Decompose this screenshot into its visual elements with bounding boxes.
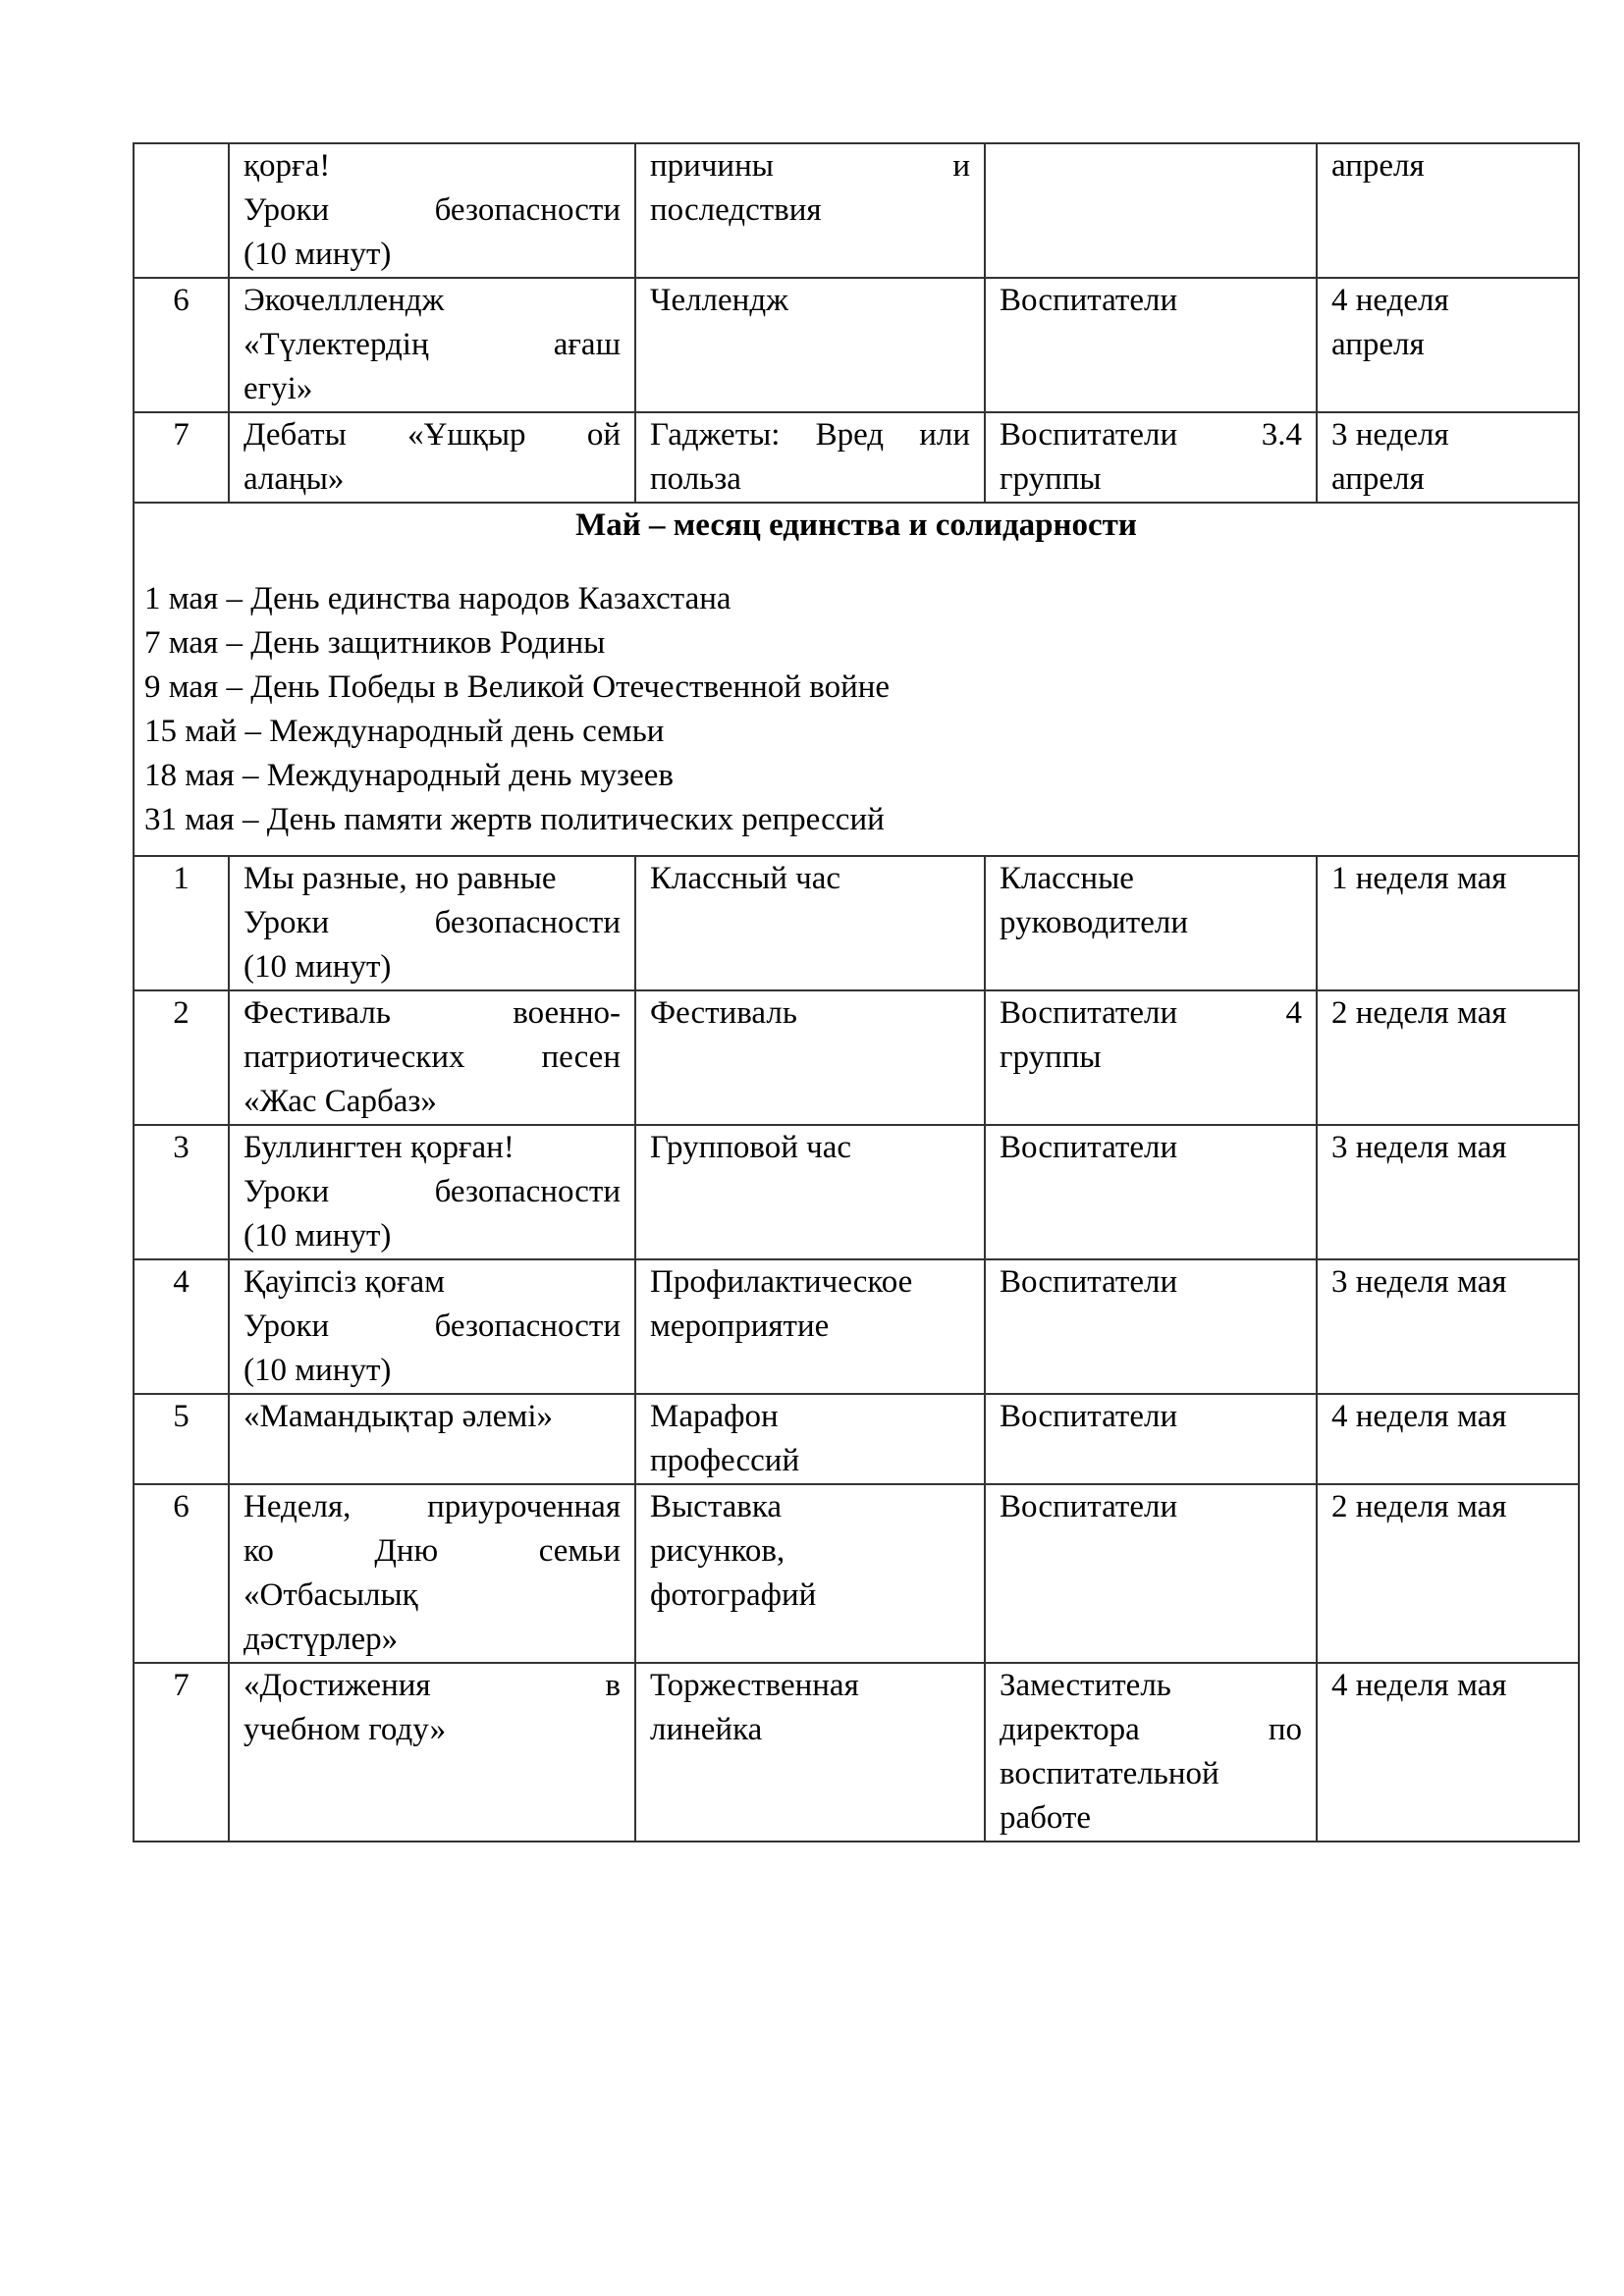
event-name-line: (10 минут) (244, 233, 621, 277)
event-form-line: причины и (650, 144, 970, 188)
event-date-line: 3 неделя мая (1331, 1126, 1564, 1170)
month-date-item: 9 мая – День Победы в Великой Отечествен… (144, 666, 1568, 710)
event-name-line: дәстүрлер» (244, 1618, 621, 1662)
event-form-line: Гаджеты: Вред или (650, 413, 970, 457)
responsible: Воспитатели (985, 1259, 1317, 1394)
event-date: 1 неделя мая (1317, 856, 1579, 990)
row-number: 6 (134, 278, 229, 412)
table-row: 5«Мамандықтар әлемі»МарафонпрофессийВосп… (134, 1394, 1579, 1484)
event-date-line: 2 неделя мая (1331, 991, 1564, 1036)
responsible-line: Воспитатели (1000, 1485, 1302, 1529)
event-date-line: 4 неделя мая (1331, 1664, 1564, 1708)
event-form-line: Профилактическое (650, 1260, 970, 1305)
month-title: Май – месяц единства и солидарности (144, 504, 1568, 548)
table-row: 7Дебаты «Ұшқыр ойалаңы»Гаджеты: Вред или… (134, 412, 1579, 503)
responsible: Заместительдиректора повоспитательнойраб… (985, 1663, 1317, 1842)
month-header-row: Май – месяц единства и солидарности 1 ма… (134, 503, 1579, 856)
month-date-item: 31 мая – День памяти жертв политических … (144, 798, 1568, 842)
event-name-line: Мы разные, но равные (244, 857, 621, 901)
event-form-line: мероприятие (650, 1305, 970, 1349)
event-name-line: қорға! (244, 144, 621, 188)
event-date-line: апреля (1331, 457, 1564, 502)
event-date: 3 неделя мая (1317, 1125, 1579, 1259)
table-row: 6Неделя, приуроченнаяко Дню семьи«Отбасы… (134, 1484, 1579, 1663)
event-name: Мы разные, но равныеУроки безопасности(1… (229, 856, 635, 990)
responsible-line: Воспитатели (1000, 279, 1302, 323)
table-row: 6Экочелллендж«Түлектердің ағашегуі»Челле… (134, 278, 1579, 412)
event-date-line: апреля (1331, 144, 1564, 188)
event-name-line: алаңы» (244, 457, 621, 502)
event-form-line: Фестиваль (650, 991, 970, 1036)
responsible: Воспитатели 4группы (985, 990, 1317, 1125)
event-name: «Достижения вучебном году» (229, 1663, 635, 1842)
row-number: 3 (134, 1125, 229, 1259)
responsible-line: Воспитатели 4 (1000, 991, 1302, 1036)
event-name-line: (10 минут) (244, 1214, 621, 1258)
event-date: 2 неделя мая (1317, 1484, 1579, 1663)
event-name: Фестиваль военно-патриотических песен«Жа… (229, 990, 635, 1125)
responsible: Воспитатели (985, 1394, 1317, 1484)
responsible: Воспитатели (985, 1125, 1317, 1259)
event-name-line: учебном году» (244, 1708, 621, 1752)
responsible-line: воспитательной (1000, 1752, 1302, 1796)
event-form: Гаджеты: Вред илипольза (635, 412, 985, 503)
event-date: 2 неделя мая (1317, 990, 1579, 1125)
row-number: 2 (134, 990, 229, 1125)
row-number: 7 (134, 1663, 229, 1842)
responsible-line: руководители (1000, 901, 1302, 945)
row-number: 7 (134, 412, 229, 503)
event-name-line: ко Дню семьи (244, 1529, 621, 1574)
responsible-line: группы (1000, 1036, 1302, 1080)
responsible: Воспитатели (985, 1484, 1317, 1663)
event-name-line: (10 минут) (244, 1349, 621, 1393)
event-form-line: Марафон (650, 1395, 970, 1439)
event-form: Марафонпрофессий (635, 1394, 985, 1484)
responsible-line: группы (1000, 457, 1302, 502)
event-name-line: Қауіпсіз қоғам (244, 1260, 621, 1305)
event-name-line: патриотических песен (244, 1036, 621, 1080)
row-number: 6 (134, 1484, 229, 1663)
event-form: Фестиваль (635, 990, 985, 1125)
responsible: Классныеруководители (985, 856, 1317, 990)
table-row: 3Буллингтен қорған!Уроки безопасности(10… (134, 1125, 1579, 1259)
row-number (134, 143, 229, 278)
event-form-line: последствия (650, 188, 970, 233)
month-date-item: 15 май – Международный день семьи (144, 710, 1568, 754)
event-date-line: 2 неделя мая (1331, 1485, 1564, 1529)
responsible-line: Заместитель (1000, 1664, 1302, 1708)
events-plan-table: қорға!Уроки безопасности(10 минут)причин… (133, 142, 1580, 1842)
event-form: Торжественнаялинейка (635, 1663, 985, 1842)
event-name-line: Уроки безопасности (244, 901, 621, 945)
may-rows: 1Мы разные, но равныеУроки безопасности(… (134, 856, 1579, 1842)
table-row: 2Фестиваль военно-патриотических песен«Ж… (134, 990, 1579, 1125)
table-row: 1Мы разные, но равныеУроки безопасности(… (134, 856, 1579, 990)
event-form-line: Торжественная (650, 1664, 970, 1708)
event-form: причины ипоследствия (635, 143, 985, 278)
event-form-line: Выставка (650, 1485, 970, 1529)
event-name-line: егуі» (244, 367, 621, 411)
event-name-line: Дебаты «Ұшқыр ой (244, 413, 621, 457)
table-row: 4Қауіпсіз қоғамУроки безопасности(10 мин… (134, 1259, 1579, 1394)
responsible-line: Воспитатели (1000, 1260, 1302, 1305)
event-form-line: Челлендж (650, 279, 970, 323)
event-form: Выставкарисунков,фотографий (635, 1484, 985, 1663)
event-form: Челлендж (635, 278, 985, 412)
event-date: 4 неделяапреля (1317, 278, 1579, 412)
event-date: 4 неделя мая (1317, 1394, 1579, 1484)
event-date: 3 неделя мая (1317, 1259, 1579, 1394)
month-date-item: 7 мая – День защитников Родины (144, 621, 1568, 666)
event-form: Профилактическоемероприятие (635, 1259, 985, 1394)
event-form-line: польза (650, 457, 970, 502)
event-name-line: «Отбасылық (244, 1574, 621, 1618)
month-date-item: 1 мая – День единства народов Казахстана (144, 577, 1568, 621)
event-name-line: (10 минут) (244, 945, 621, 989)
event-form-line: Классный час (650, 857, 970, 901)
event-name: Неделя, приуроченнаяко Дню семьи«Отбасыл… (229, 1484, 635, 1663)
event-form: Классный час (635, 856, 985, 990)
event-date-line: 3 неделя (1331, 413, 1564, 457)
event-date-line: 4 неделя мая (1331, 1395, 1564, 1439)
event-name: Дебаты «Ұшқыр ойалаңы» (229, 412, 635, 503)
event-form-line: Групповой час (650, 1126, 970, 1170)
event-form-line: рисунков, (650, 1529, 970, 1574)
month-date-item: 18 мая – Международный день музеев (144, 754, 1568, 798)
event-date: 3 неделяапреля (1317, 412, 1579, 503)
event-name: қорға!Уроки безопасности(10 минут) (229, 143, 635, 278)
row-number: 1 (134, 856, 229, 990)
event-form-line: линейка (650, 1708, 970, 1752)
responsible (985, 143, 1317, 278)
responsible-line: Воспитатели 3.4 (1000, 413, 1302, 457)
event-form: Групповой час (635, 1125, 985, 1259)
event-form-line: фотографий (650, 1574, 970, 1618)
event-form-line: профессий (650, 1439, 970, 1483)
may-section: Май – месяц единства и солидарности 1 ма… (134, 503, 1579, 856)
event-name-line: Буллингтен қорған! (244, 1126, 621, 1170)
event-date-line: 1 неделя мая (1331, 857, 1564, 901)
row-number: 5 (134, 1394, 229, 1484)
event-name: Буллингтен қорған!Уроки безопасности(10 … (229, 1125, 635, 1259)
event-date: апреля (1317, 143, 1579, 278)
event-name: «Мамандықтар әлемі» (229, 1394, 635, 1484)
event-name-line: Фестиваль военно- (244, 991, 621, 1036)
event-date: 4 неделя мая (1317, 1663, 1579, 1842)
event-name-line: «Мамандықтар әлемі» (244, 1395, 621, 1439)
event-name-line: Уроки безопасности (244, 1170, 621, 1214)
event-name: Қауіпсіз қоғамУроки безопасности(10 мину… (229, 1259, 635, 1394)
responsible: Воспитатели (985, 278, 1317, 412)
event-name-line: Неделя, приуроченная (244, 1485, 621, 1529)
responsible: Воспитатели 3.4группы (985, 412, 1317, 503)
responsible-line: Воспитатели (1000, 1126, 1302, 1170)
table-row: 7«Достижения вучебном году»Торжественная… (134, 1663, 1579, 1842)
event-name-line: «Достижения в (244, 1664, 621, 1708)
table-row: қорға!Уроки безопасности(10 минут)причин… (134, 143, 1579, 278)
responsible-line: Воспитатели (1000, 1395, 1302, 1439)
responsible-line: Классные (1000, 857, 1302, 901)
event-name: Экочелллендж«Түлектердің ағашегуі» (229, 278, 635, 412)
responsible-line: работе (1000, 1796, 1302, 1841)
row-number: 4 (134, 1259, 229, 1394)
event-name-line: Уроки безопасности (244, 1305, 621, 1349)
month-dates-list: 1 мая – День единства народов Казахстана… (144, 577, 1568, 842)
event-date-line: 3 неделя мая (1331, 1260, 1564, 1305)
responsible-line: директора по (1000, 1708, 1302, 1752)
event-date-line: 4 неделя (1331, 279, 1564, 323)
event-date-line: апреля (1331, 323, 1564, 367)
event-name-line: «Түлектердің ағаш (244, 323, 621, 367)
event-name-line: «Жас Сарбаз» (244, 1080, 621, 1124)
event-name-line: Уроки безопасности (244, 188, 621, 233)
april-rows: қорға!Уроки безопасности(10 минут)причин… (134, 143, 1579, 503)
event-name-line: Экочелллендж (244, 279, 621, 323)
